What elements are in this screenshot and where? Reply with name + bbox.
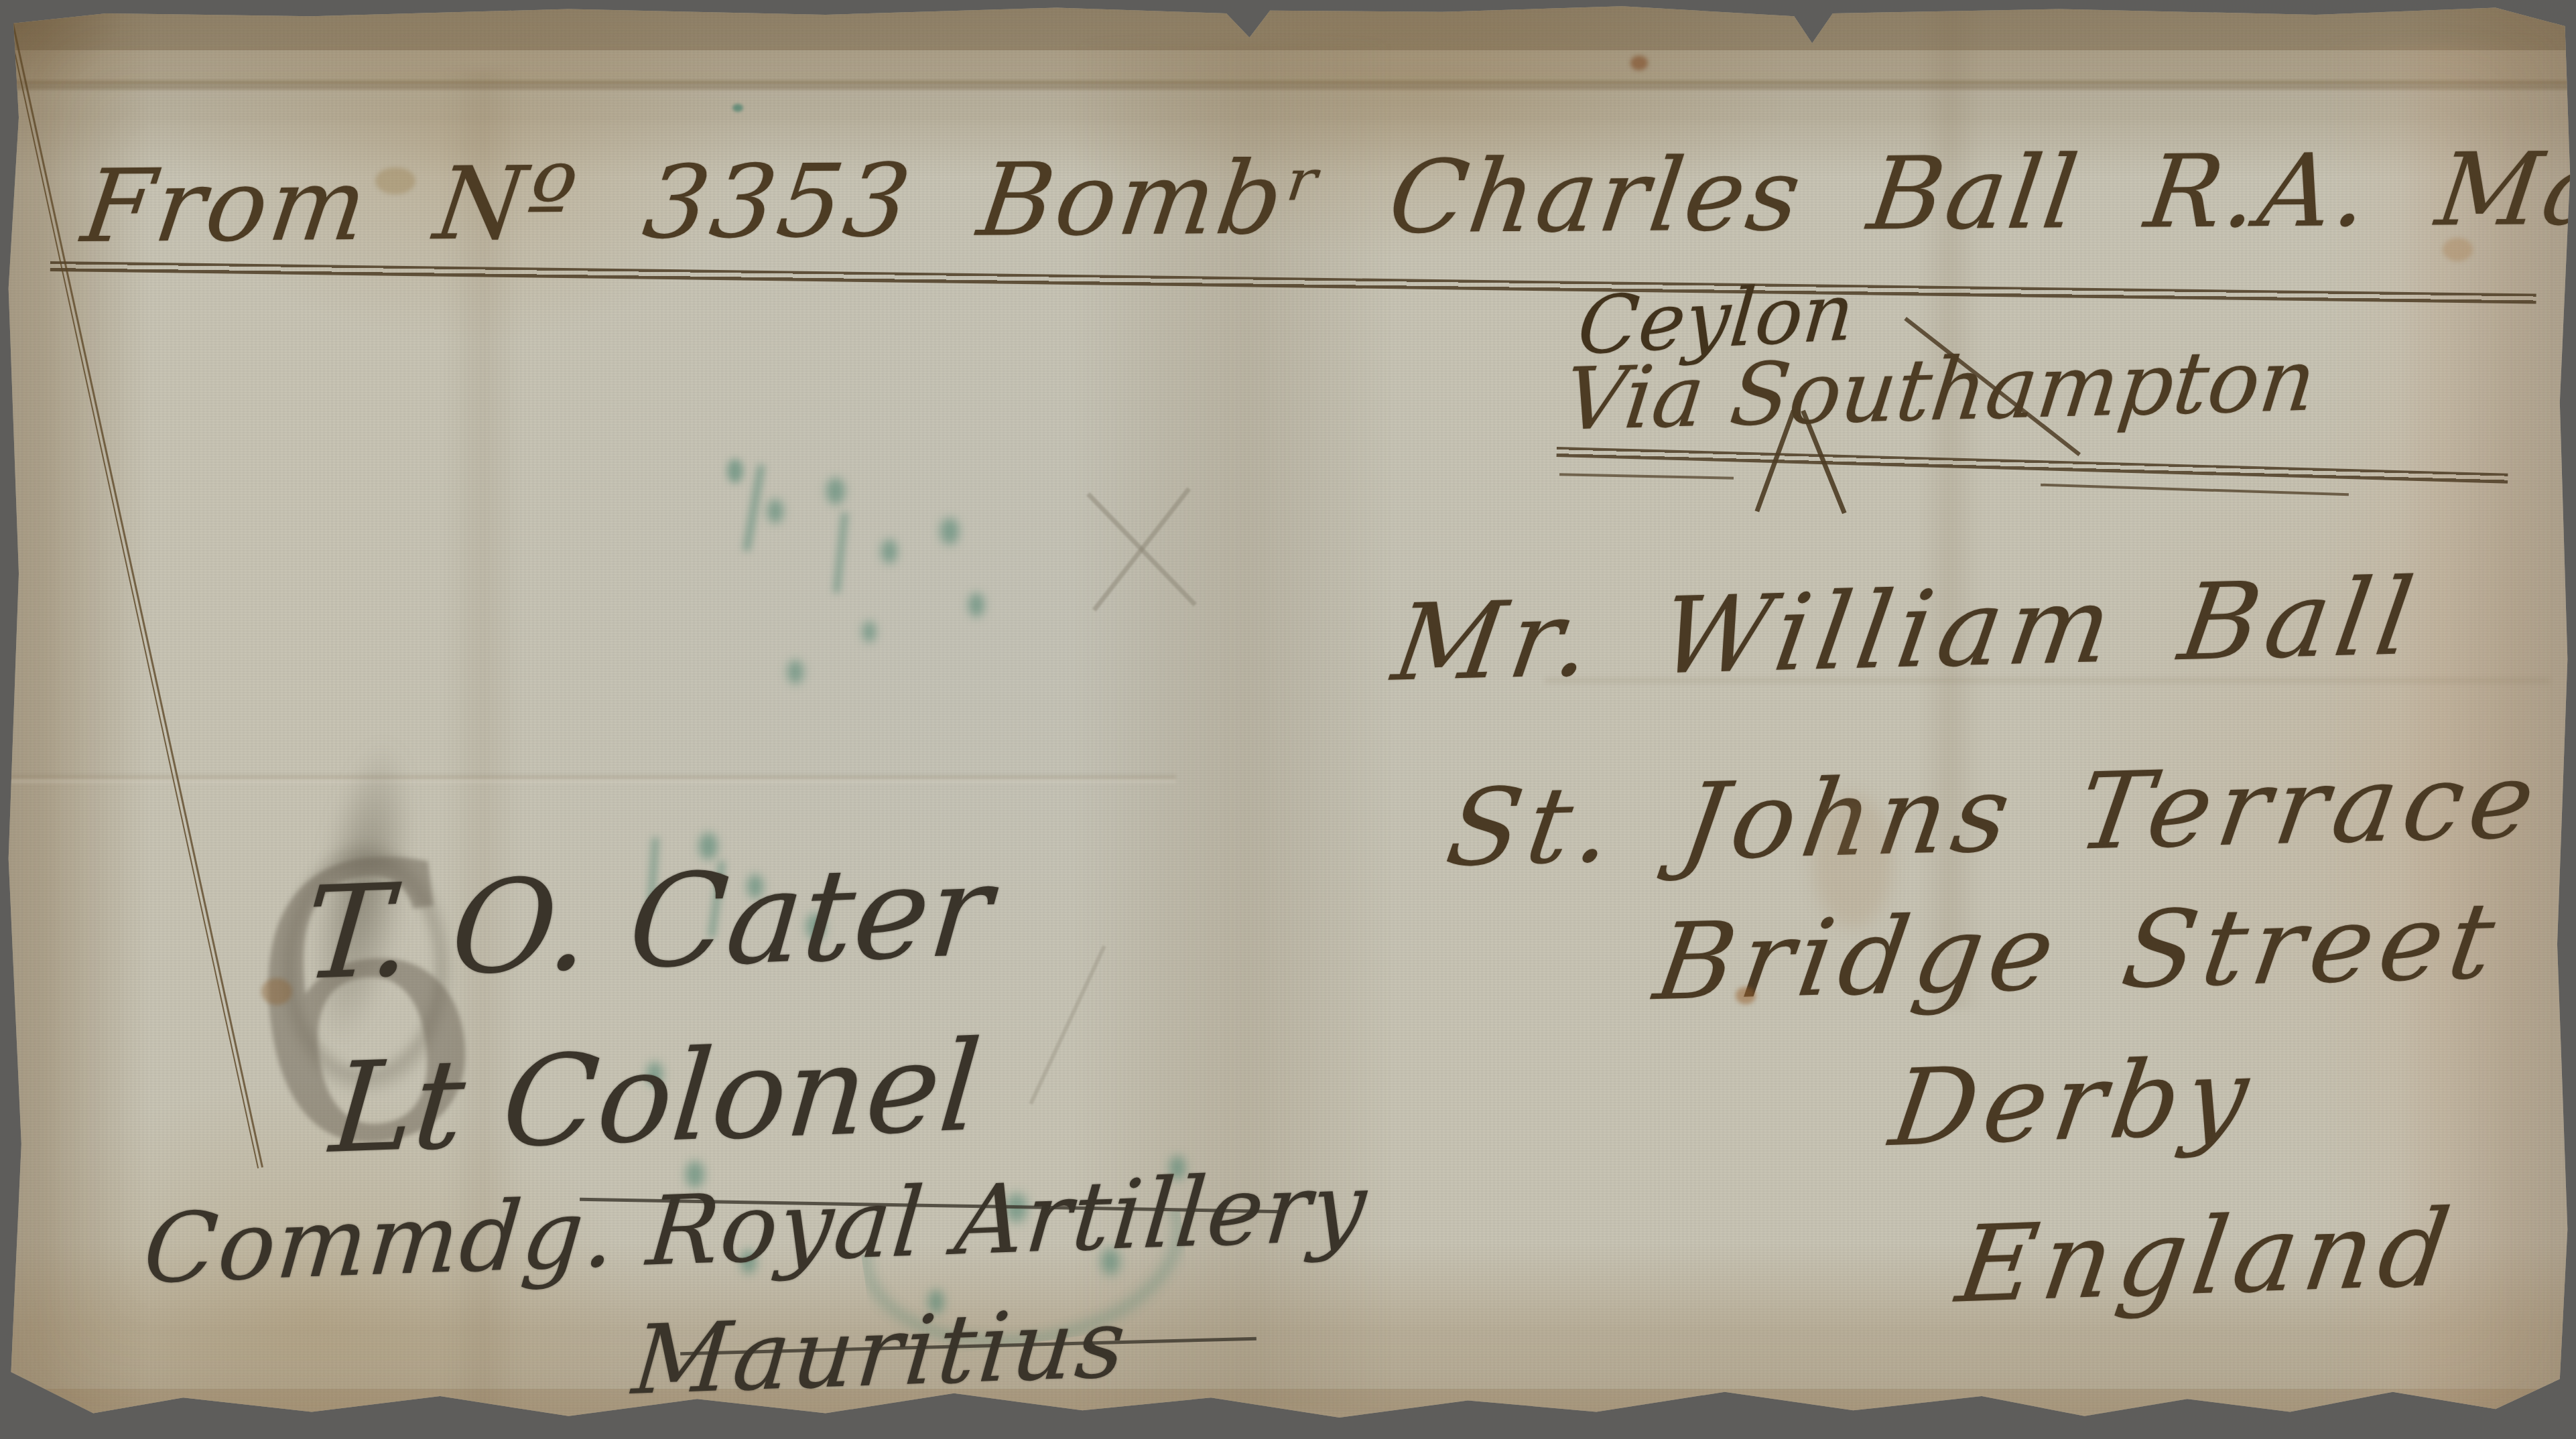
stain-spot	[375, 167, 415, 194]
sender-endorsement-line: From Nº 3353 Bombʳ Charles Ball R.A. Mau…	[76, 125, 2576, 271]
top-double-rule	[50, 261, 2536, 304]
postmark-speck	[732, 104, 743, 112]
stain-spot	[1630, 56, 1648, 70]
routing-via-line: Via Southampton	[1559, 327, 2321, 454]
via-underline-flourish	[2041, 484, 2349, 496]
stain-spot	[2443, 238, 2473, 261]
address-line-street: Bridge Street	[1647, 876, 2510, 1030]
envelope-cover: 6 From Nº 3353 Bombʳ Charles Ball R.A. M…	[3, 3, 2573, 1429]
pencil-x-mark	[1086, 492, 1197, 606]
via-underline-flourish	[1559, 473, 1734, 479]
postmark-stroke	[743, 464, 765, 551]
endorsement-rank: Lt Colonel	[325, 1009, 986, 1187]
stain-spot	[1813, 794, 1893, 928]
stain-spot	[261, 978, 292, 1005]
endorsement-signature: T. O. Cater	[298, 831, 998, 1014]
postmark-stroke	[834, 512, 848, 593]
address-line-country: England	[1949, 1182, 2464, 1332]
endorsement-place: Mauritius	[628, 1284, 1133, 1421]
stain-spot	[1736, 987, 1756, 1004]
address-line-terrace: St. Johns Terrace	[1439, 735, 2550, 896]
photo-backdrop: { "photo": { "colors": { "backdrop": "#5…	[0, 0, 2576, 1439]
address-line-town: Derby	[1883, 1031, 2263, 1176]
address-line-name: Mr. William Ball	[1385, 551, 2428, 710]
postmark-green-blotches	[727, 459, 743, 483]
pencil-stroke	[1029, 945, 1106, 1105]
